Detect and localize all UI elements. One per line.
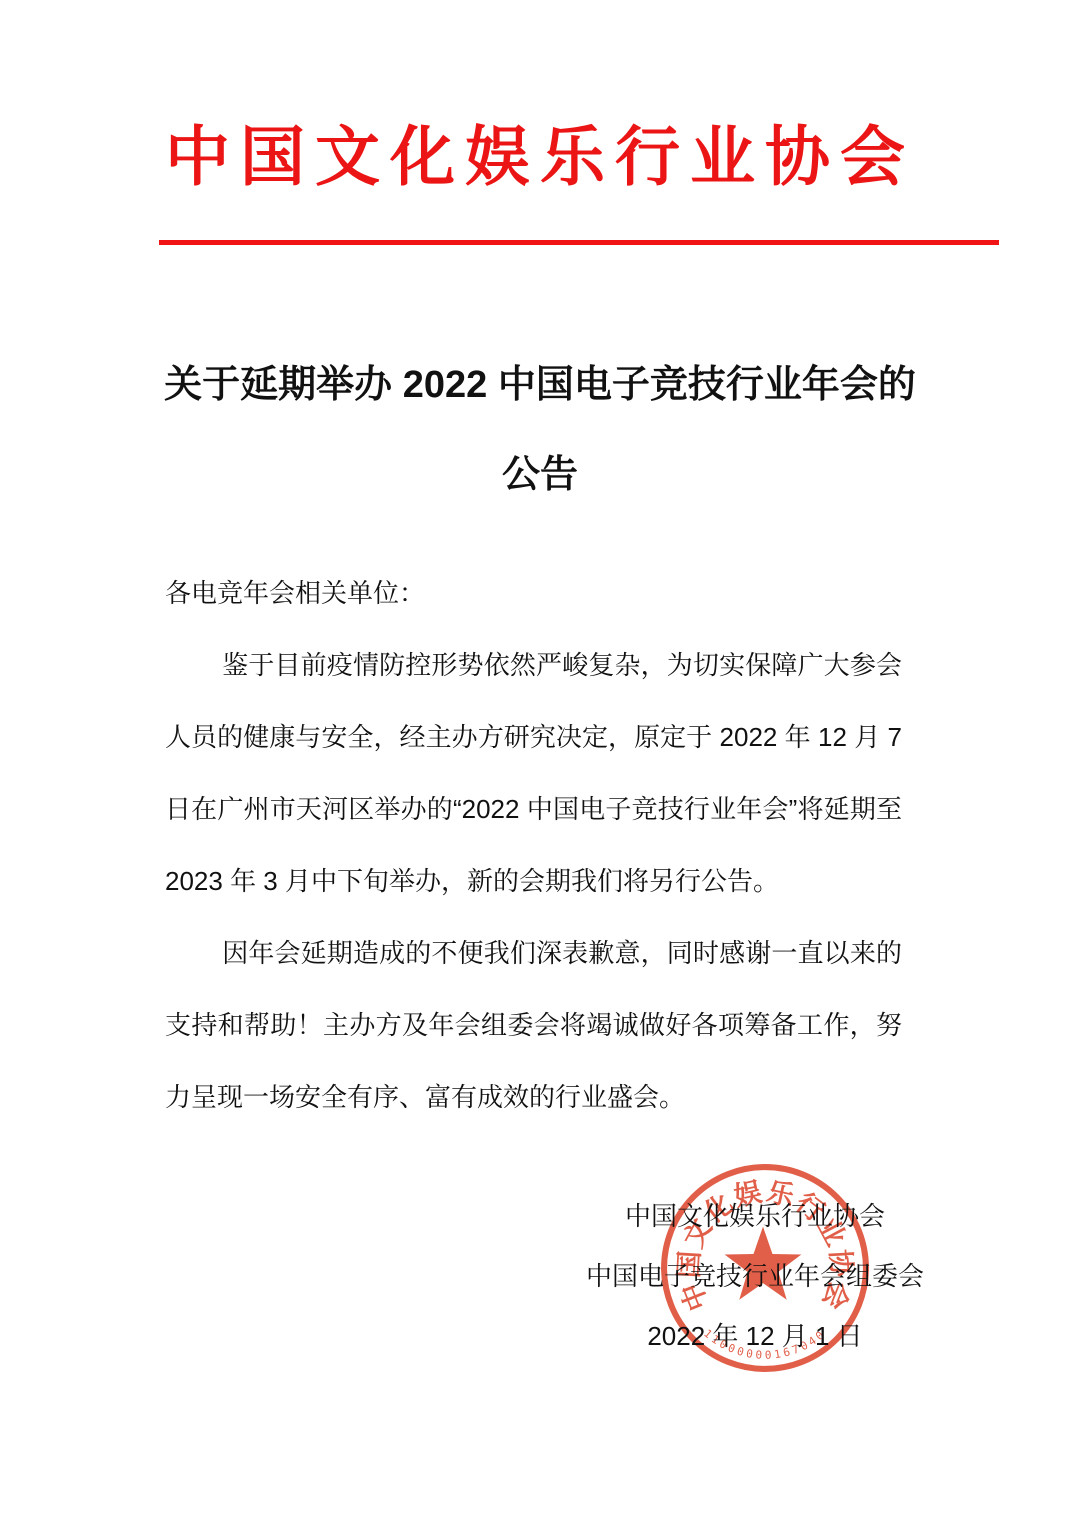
letterhead-divider xyxy=(159,240,999,245)
document-title-line1: 关于延期举办 2022 中国电子竞技行业年会的 xyxy=(80,340,1000,430)
signature-date: 2022 年 12 月 1 日 xyxy=(545,1306,965,1366)
document-title-line2: 公告 xyxy=(80,430,1000,520)
letterhead-org-name: 中国文化娱乐行业协会 xyxy=(0,126,1080,191)
signature-block: 中国文化娱乐行业协会 中国电子竞技行业年会组委会 2022 年 12 月 1 日 xyxy=(545,1186,965,1366)
salutation: 各电竞年会相关单位： xyxy=(165,557,902,629)
paragraph-postponement: 鉴于目前疫情防控形势依然严峻复杂，为切实保障广大参会人员的健康与安全，经主办方研… xyxy=(165,629,902,917)
document-title: 关于延期举办 2022 中国电子竞技行业年会的 公告 xyxy=(80,340,1000,520)
announcement-page: 中国文化娱乐行业协会 关于延期举办 2022 中国电子竞技行业年会的 公告 各电… xyxy=(0,0,1080,1529)
signature-org-line: 中国文化娱乐行业协会 xyxy=(545,1186,965,1246)
document-body: 各电竞年会相关单位： 鉴于目前疫情防控形势依然严峻复杂，为切实保障广大参会人员的… xyxy=(165,557,902,1133)
paragraph-apology: 因年会延期造成的不便我们深表歉意，同时感谢一直以来的支持和帮助！主办方及年会组委… xyxy=(165,917,902,1133)
signature-committee-line: 中国电子竞技行业年会组委会 xyxy=(545,1246,965,1306)
